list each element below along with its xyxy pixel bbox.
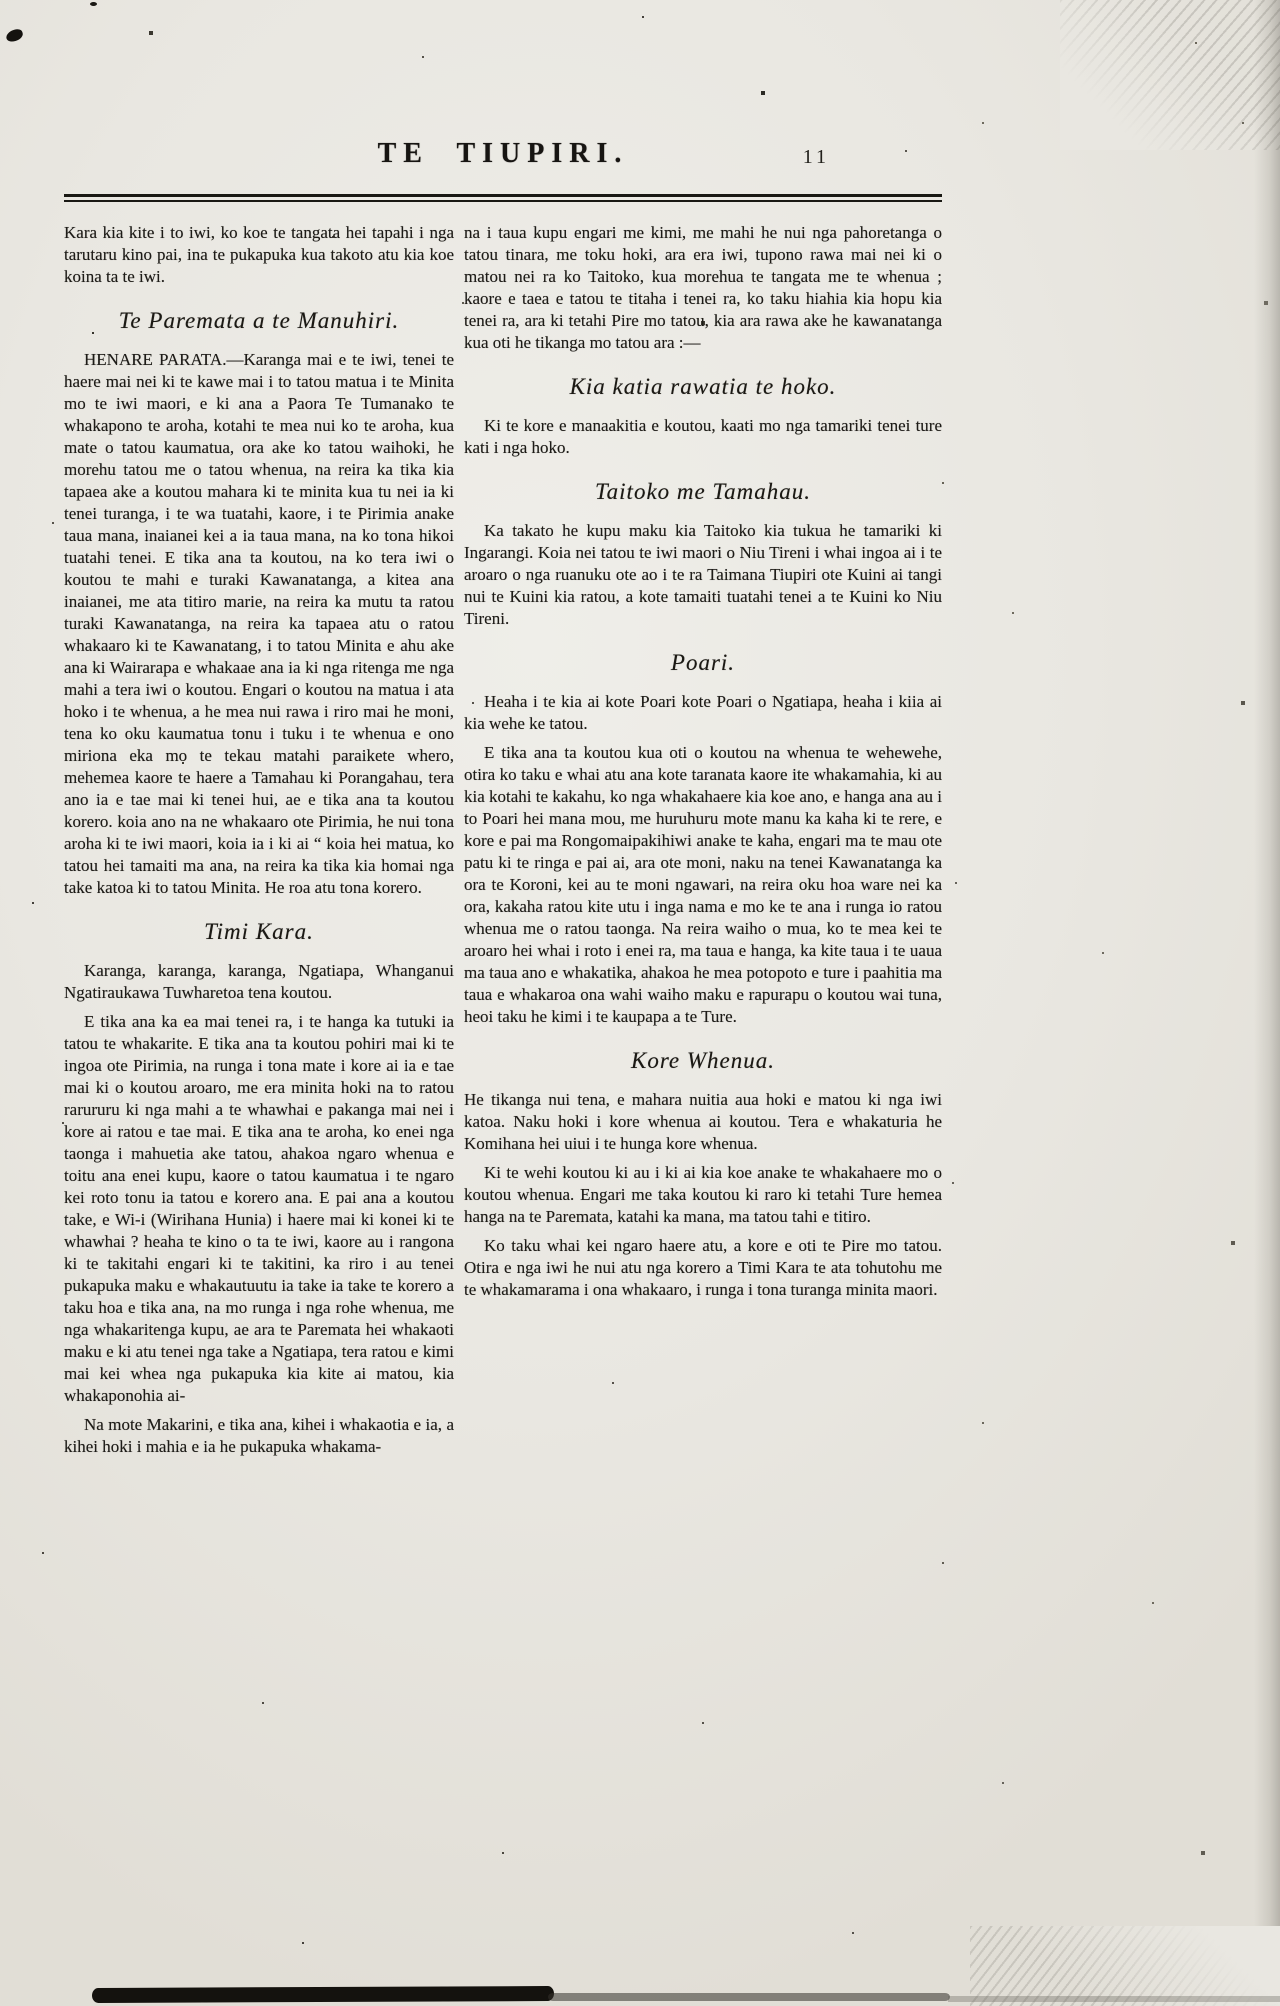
section-heading: Te Paremata a te Manuhiri. — [64, 308, 454, 334]
page-number: 11 — [803, 146, 830, 169]
scan-artifact-specks — [0, 0, 2, 2]
section-heading: Taitoko me Tamahau. — [464, 479, 942, 505]
column-container: Kara kia kite i to iwi, ko koe te tangat… — [64, 222, 942, 1465]
scan-artifact-bottom-bar — [92, 1986, 554, 2003]
page-content: TE TIUPIRI. 11 Kara kia kite i to iwi, k… — [64, 138, 942, 1465]
scan-artifact-top-right-hatch — [1060, 0, 1280, 150]
body-paragraph: He tikanga nui tena, e mahara nuitia aua… — [464, 1089, 942, 1155]
body-paragraph: Kara kia kite i to iwi, ko koe te tangat… — [64, 222, 454, 288]
scan-artifact-bottom-right-hatch — [970, 1926, 1280, 2006]
scan-artifact-bottom-bar-faint — [948, 1996, 1280, 2002]
section-heading: Kia katia rawatia te hoko. — [464, 374, 942, 400]
masthead: TE TIUPIRI. 11 — [64, 138, 942, 190]
body-paragraph: Na mote Makarini, e tika ana, kihei i wh… — [64, 1414, 454, 1458]
right-column: na i taua kupu engari me kimi, me mahi h… — [464, 222, 942, 1465]
scan-artifact-top-left-blob — [5, 28, 25, 44]
body-paragraph: Ko taku whai kei ngaro haere atu, a kore… — [464, 1235, 942, 1301]
left-column: Kara kia kite i to iwi, ko koe te tangat… — [64, 222, 454, 1465]
scan-artifact-right-edge-streak — [1254, 0, 1280, 2006]
body-paragraph: HENARE PARATA.—Karanga mai e te iwi, ten… — [64, 349, 454, 899]
scan-artifact-bottom-bar-gray — [548, 1993, 950, 2001]
section-heading: Timi Kara. — [64, 919, 454, 945]
section-heading: Kore Whenua. — [464, 1048, 942, 1074]
masthead-rule — [64, 194, 942, 202]
body-paragraph: Karanga, karanga, karanga, Ngatiapa, Wha… — [64, 960, 454, 1004]
body-paragraph: Ka takato he kupu maku kia Taitoko kia t… — [464, 520, 942, 630]
body-paragraph: E tika ana ta koutou kua oti o koutou na… — [464, 742, 942, 1028]
body-paragraph: E tika ana ka ea mai tenei ra, i te hang… — [64, 1011, 454, 1407]
body-paragraph: Heaha i te kia ai kote Poari kote Poari … — [464, 691, 942, 735]
section-heading: Poari. — [464, 650, 942, 676]
body-paragraph: na i taua kupu engari me kimi, me mahi h… — [464, 222, 942, 354]
body-paragraph: Ki te kore e manaakitia e koutou, kaati … — [464, 415, 942, 459]
scan-artifact-top-dot — [90, 2, 97, 6]
newspaper-page: { "page": { "title": "TE TIUPIRI.", "pag… — [0, 0, 1280, 2006]
body-paragraph: Ki te wehi koutou ki au i ki ai kia koe … — [464, 1162, 942, 1228]
